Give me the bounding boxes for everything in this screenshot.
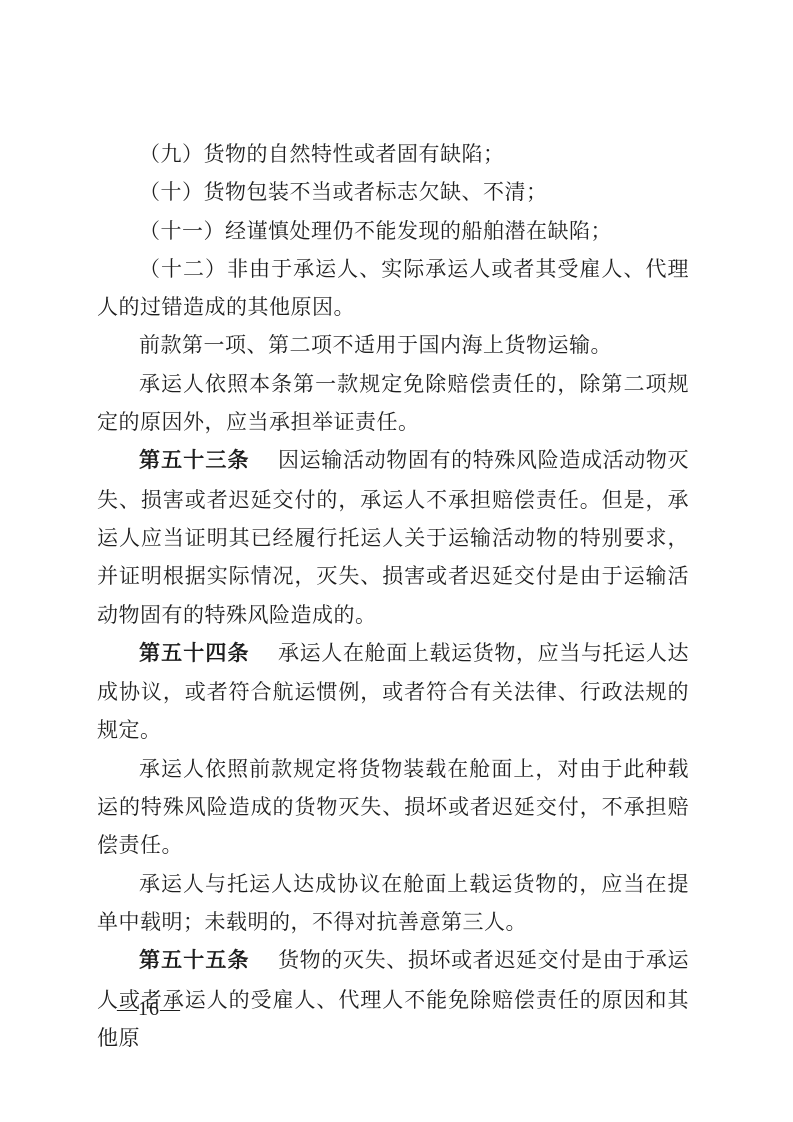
document-page: （九）货物的自然特性或者固有缺陷；（十）货物包装不当或者标志欠缺、不清；（十一）… <box>0 0 793 1122</box>
article-number: 第五十四条 <box>139 642 250 665</box>
paragraph: （九）货物的自然特性或者固有缺陷； <box>97 135 689 173</box>
paragraph: （十二）非由于承运人、实际承运人或者其受雇人、代理人的过错造成的其他原因。 <box>97 250 689 327</box>
article-number: 第五十五条 <box>139 949 250 972</box>
paragraph: 第五十三条因运输活动物固有的特殊风险造成活动物灭失、损害或者迟延交付的，承运人不… <box>97 441 689 633</box>
paragraph: （十）货物包装不当或者标志欠缺、不清； <box>97 173 689 211</box>
paragraph: 第五十五条货物的灭失、损坏或者迟延交付是由于承运人或者承运人的受雇人、代理人不能… <box>97 941 689 1057</box>
paragraph: 承运人依照前款规定将货物装载在舱面上，对由于此种载运的特殊风险造成的货物灭失、损… <box>97 750 689 865</box>
paragraph: 承运人依照本条第一款规定免除赔偿责任的，除第二项规定的原因外，应当承担举证责任。 <box>97 365 689 442</box>
page-number: —16— <box>117 998 181 1021</box>
article-number: 第五十三条 <box>139 449 250 472</box>
paragraph: 前款第一项、第二项不适用于国内海上货物运输。 <box>97 326 689 364</box>
paragraph: 承运人与托运人达成协议在舱面上载运货物的，应当在提单中载明；未载明的，不得对抗善… <box>97 865 689 942</box>
paragraph: 第五十四条承运人在舱面上载运货物，应当与托运人达成协议，或者符合航运惯例，或者符… <box>97 634 689 750</box>
paragraph: （十一）经谨慎处理仍不能发现的船舶潜在缺陷； <box>97 212 689 250</box>
document-body: （九）货物的自然特性或者固有缺陷；（十）货物包装不当或者标志欠缺、不清；（十一）… <box>97 135 689 1057</box>
